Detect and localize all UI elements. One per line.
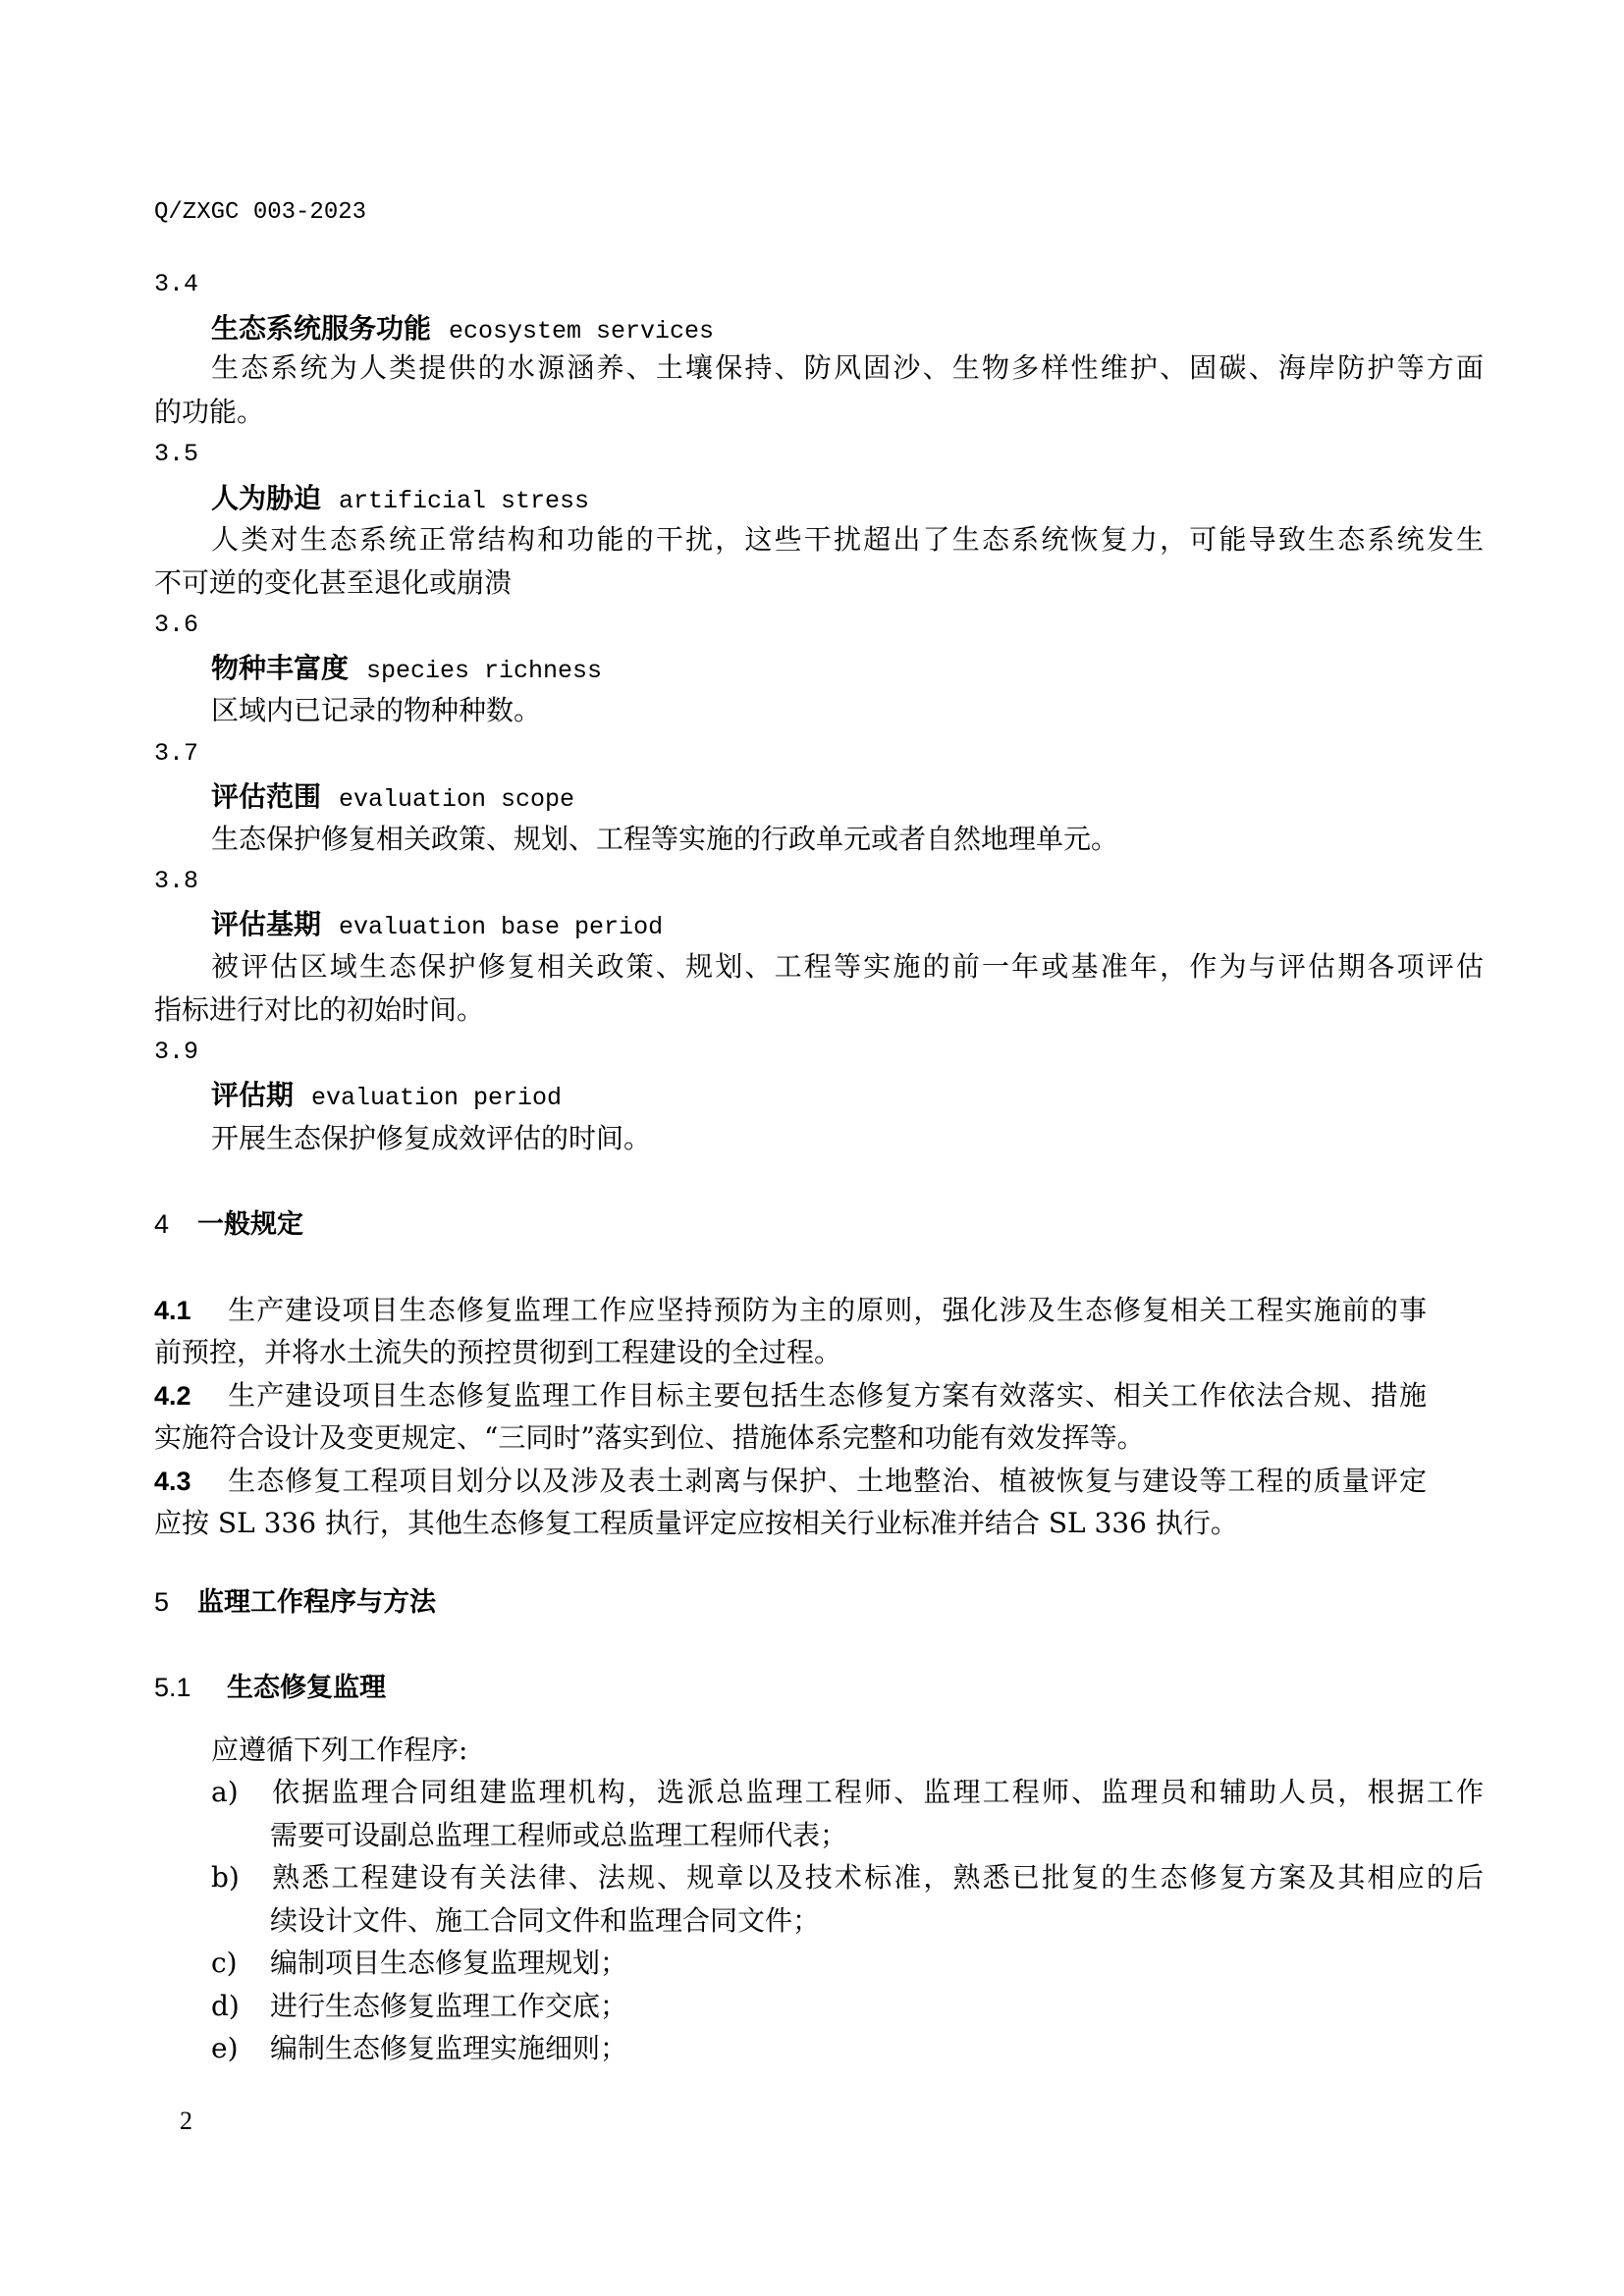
section-heading: 5监理工作程序与方法: [154, 1580, 1427, 1624]
page-number: 2: [180, 2107, 192, 2136]
clause-text: 生态修复工程项目划分以及涉及表土剥离与保护、土地整治、植被恢复与建设等工程的质量…: [227, 1465, 1427, 1497]
term-zh: 评估期: [211, 1079, 294, 1111]
term-en: species richness: [366, 657, 602, 685]
clause-number: 4.1: [154, 1289, 227, 1332]
term-number: 3.8: [154, 860, 1427, 903]
term-en: evaluation base period: [339, 913, 663, 941]
list-item: b)熟悉工程建设有关法律、法规、规章以及技术标准，熟悉已批复的生态修复方案及其相…: [154, 1856, 1484, 1899]
term-definition: 生态保护修复相关政策、规划、工程等实施的行政单元或者自然地理单元。: [154, 818, 1484, 861]
list-text: 进行生态修复监理工作交底；: [270, 1990, 627, 2022]
list-marker: e): [211, 2027, 270, 2070]
term-en: evaluation scope: [339, 785, 574, 814]
term-en: artificial stress: [339, 487, 589, 515]
term-definition: 指标进行对比的初始时间。: [154, 988, 1427, 1032]
clause-text: 前预控，并将水土流失的预控贯彻到工程建设的全过程。: [154, 1331, 1427, 1374]
term-definition: 开展生态保护修复成效评估的时间。: [154, 1117, 1484, 1160]
list-text: 编制生态修复监理实施细则；: [270, 2032, 627, 2064]
list-marker: d): [211, 1985, 270, 2028]
term-definition: 区域内已记录的物种种数。: [154, 689, 1484, 732]
term-zh: 评估范围: [211, 780, 321, 813]
list-text: 需要可设副总监理工程师或总监理工程师代表；: [154, 1814, 1543, 1857]
section-number: 4: [154, 1202, 197, 1246]
term-en: ecosystem services: [449, 317, 714, 346]
clause-text: 应按 SL 336 执行，其他生态修复工程质量评定应按相关行业标准并结合 SL …: [154, 1502, 1427, 1545]
term-definition: 的功能。: [154, 391, 1427, 434]
list-item: e)编制生态修复监理实施细则；: [154, 2027, 1484, 2070]
list-marker: a): [211, 1771, 270, 1814]
list-marker: b): [211, 1856, 270, 1899]
list-item: a)依据监理合同组建监理机构，选派总监理工程师、监理工程师、监理员和辅助人员，根…: [154, 1771, 1484, 1814]
term-number: 3.4: [154, 263, 1427, 306]
term-zh: 人为胁迫: [211, 482, 321, 514]
term-number: 3.7: [154, 732, 1427, 775]
section-number: 5: [154, 1580, 197, 1624]
term-number: 3.5: [154, 433, 1427, 476]
clause-text: 实施符合设计及变更规定、“三同时”落实到位、措施体系完整和功能有效发挥等。: [154, 1416, 1427, 1460]
term-en: evaluation period: [311, 1084, 562, 1112]
term-zh: 物种丰富度: [211, 652, 349, 684]
section-title: 监理工作程序与方法: [197, 1587, 436, 1617]
term-number: 3.9: [154, 1031, 1427, 1074]
section-heading: 4一般规定: [154, 1202, 1427, 1246]
clause: 4.1生产建设项目生态修复监理工作应坚持预防为主的原则，强化涉及生态修复相关工程…: [154, 1289, 1427, 1332]
list-text: 续设计文件、施工合同文件和监理合同文件；: [154, 1899, 1543, 1943]
list-item: d)进行生态修复监理工作交底；: [154, 1985, 1484, 2028]
term-definition: 不可逆的变化甚至退化或崩溃: [154, 561, 1427, 605]
term-definition: 人类对生态系统正常结构和功能的干扰，这些干扰超出了生态系统恢复力，可能导致生态系…: [154, 518, 1484, 561]
list-text: 编制项目生态修复监理规划；: [270, 1947, 627, 1979]
subsection-heading: 5.1生态修复监理: [154, 1666, 1427, 1709]
term-zh: 评估基期: [211, 908, 321, 940]
list-text: 熟悉工程建设有关法律、法规、规章以及技术标准，熟悉已批复的生态修复方案及其相应的…: [270, 1861, 1484, 1894]
term-number: 3.6: [154, 604, 1427, 647]
document-code: Q/ZXGC 003-2023: [154, 191, 1427, 235]
term-zh: 生态系统服务功能: [211, 312, 431, 345]
subsection-number: 5.1: [154, 1666, 227, 1709]
clause-text: 生产建设项目生态修复监理工作应坚持预防为主的原则，强化涉及生态修复相关工程实施前…: [227, 1294, 1427, 1326]
term-title: 评估期evaluation period: [154, 1074, 1484, 1117]
section-title: 一般规定: [197, 1209, 303, 1239]
term-title: 评估范围evaluation scope: [154, 775, 1484, 819]
list-text: 依据监理合同组建监理机构，选派总监理工程师、监理工程师、监理员和辅助人员，根据工…: [270, 1776, 1484, 1808]
clause-number: 4.3: [154, 1460, 227, 1503]
term-title: 人为胁迫artificial stress: [154, 477, 1484, 520]
clause: 4.3生态修复工程项目划分以及涉及表土剥离与保护、土地整治、植被恢复与建设等工程…: [154, 1460, 1427, 1503]
term-definition: 生态系统为人类提供的水源涵养、土壤保持、防风固沙、生物多样性维护、固碳、海岸防护…: [154, 347, 1484, 390]
clause-number: 4.2: [154, 1374, 227, 1417]
term-definition: 被评估区域生态保护修复相关政策、规划、工程等实施的前一年或基准年，作为与评估期各…: [154, 945, 1484, 988]
term-title: 评估基期evaluation base period: [154, 903, 1484, 946]
procedure-intro: 应遵循下列工作程序:: [154, 1729, 1484, 1772]
term-title: 物种丰富度species richness: [154, 647, 1484, 690]
list-item: c)编制项目生态修复监理规划；: [154, 1942, 1484, 1985]
list-marker: c): [211, 1942, 270, 1985]
clause-text: 生产建设项目生态修复监理工作目标主要包括生态修复方案有效落实、相关工作依法合规、…: [227, 1379, 1427, 1412]
clause: 4.2生产建设项目生态修复监理工作目标主要包括生态修复方案有效落实、相关工作依法…: [154, 1374, 1427, 1417]
subsection-title: 生态修复监理: [227, 1673, 386, 1702]
term-title: 生态系统服务功能ecosystem services: [154, 307, 1484, 350]
